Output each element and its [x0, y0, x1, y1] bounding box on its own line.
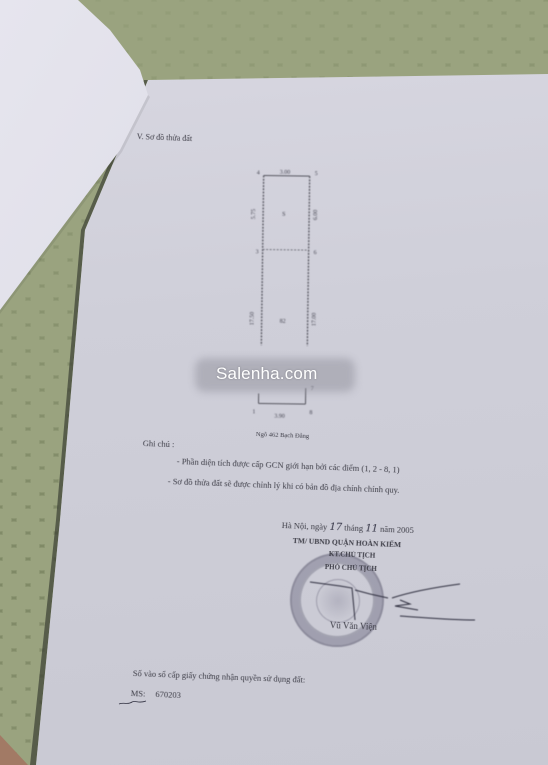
point-label: 5	[315, 171, 318, 177]
lower-parcel-label: 82	[280, 319, 286, 325]
point-label: 8	[309, 410, 312, 416]
handwritten-signature	[300, 560, 480, 630]
date-month: 11	[365, 523, 378, 534]
signer-name: Vũ Văn Viện	[330, 620, 377, 632]
point-label: 1	[252, 409, 255, 415]
watermark-text: Salenha.com	[210, 362, 323, 386]
date-year: năm 2005	[380, 524, 414, 535]
ms-initials-mark	[118, 696, 148, 708]
left-lower-dim: 17.50	[250, 312, 256, 326]
ms-number: 670203	[155, 689, 181, 700]
point-label: 6	[314, 250, 317, 256]
point-label: 3	[256, 249, 259, 255]
left-upper-dim: 5.75	[251, 209, 257, 220]
point-label: 4	[257, 170, 260, 176]
notes-label: Ghi chú :	[143, 438, 175, 449]
right-upper-dim: 6.00	[313, 210, 319, 221]
date-day: 17	[329, 522, 342, 533]
top-width-label: 3.00	[280, 170, 291, 176]
right-lower-dim: 17.00	[312, 313, 318, 327]
upper-parcel-label: S	[282, 212, 285, 218]
date-month-label: tháng	[344, 522, 363, 533]
signature-sub1: KT.CHỦ TỊCH	[329, 550, 376, 560]
date-prefix: Hà Nội, ngày	[282, 520, 328, 532]
bottom-width-label: 3.90	[274, 414, 285, 420]
